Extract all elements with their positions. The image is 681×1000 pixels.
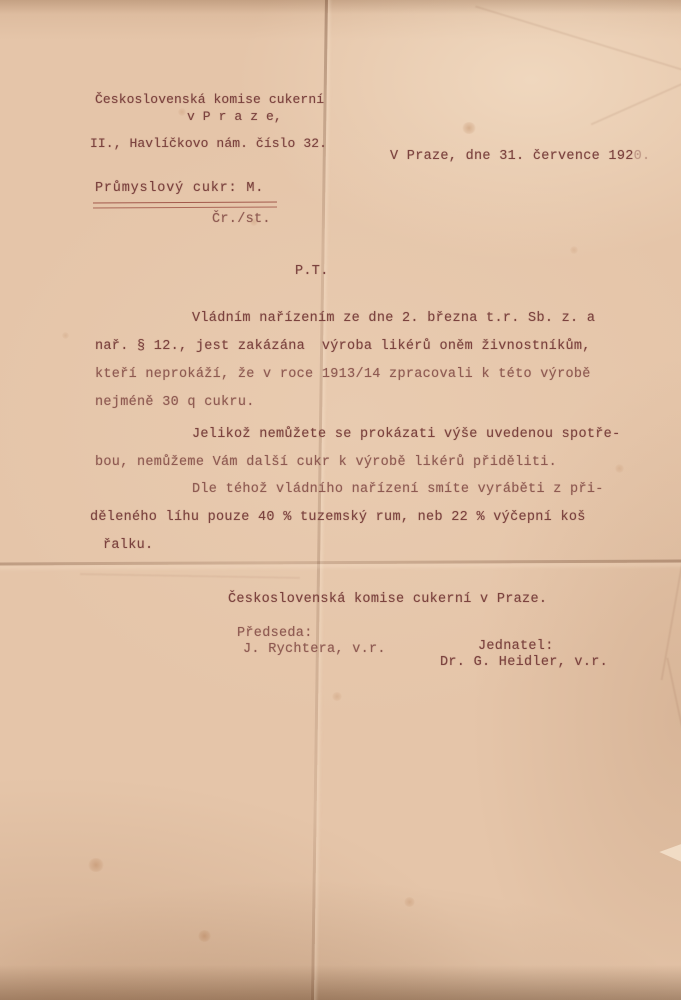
paper-tear: [656, 843, 681, 863]
signature-name-left: J. Rychtera, v.r.: [243, 643, 386, 657]
paper-wrinkle: [661, 562, 681, 681]
subject-underline: [93, 202, 277, 209]
paper-stain: [404, 897, 415, 907]
date-faded-year: 0.: [634, 149, 651, 164]
closing-org-line: Československá komise cukerní v Praze.: [228, 593, 547, 607]
paper-stain: [462, 122, 476, 134]
body-line: Vládním nařízením ze dne 2. března t.r. …: [192, 312, 595, 326]
paper-stain: [570, 246, 578, 254]
body-line: Jelikož nemůžete se prokázati výše uvede…: [192, 428, 620, 442]
body-line: děleného líhu pouze 40 % tuzemský rum, n…: [90, 511, 586, 525]
paper-stain: [178, 108, 186, 116]
body-line: bou, nemůžeme Vám další cukr k výrobě li…: [95, 456, 557, 470]
body-line: nař. § 12., jest zakázána výroba likérů …: [95, 340, 591, 354]
salutation: P.T.: [295, 265, 329, 279]
paper-stain: [88, 858, 104, 872]
body-line: Dle téhož vládního nařízení smíte vyrábě…: [192, 483, 604, 497]
body-line: kteří neprokáží, že v roce 1913/14 zprac…: [95, 368, 591, 382]
paper-wrinkle: [80, 573, 300, 579]
sender-address-line: II., Havlíčkovo nám. číslo 32.: [90, 137, 327, 150]
paper-wrinkle: [475, 5, 681, 80]
body-line: nejméně 30 q cukru.: [95, 396, 255, 410]
subject-line: Průmyslový cukr: M.: [95, 182, 264, 196]
paper-stain: [62, 332, 69, 339]
fold-crease-horizontal: [0, 559, 681, 565]
paper-stain: [198, 930, 211, 942]
paper-stain: [332, 692, 342, 701]
date-line: V Praze, dne 31. července 1920.: [390, 150, 650, 164]
signature-name-right: Dr. G. Heidler, v.r.: [440, 656, 608, 670]
paper-stain: [615, 464, 624, 473]
letter-document: Československá komise cukerní v P r a z …: [0, 0, 681, 1000]
signature-title-left: Předseda:: [237, 627, 313, 641]
paper-edge-shadow: [0, 0, 681, 14]
paper-wrinkle: [666, 658, 681, 825]
body-line: řalku.: [103, 539, 153, 553]
sender-city-line: v P r a z e,: [187, 110, 282, 123]
reference-line: Čr./st.: [212, 213, 271, 227]
sender-org-line: Československá komise cukerní: [95, 93, 324, 106]
signature-title-right: Jednatel:: [478, 640, 554, 654]
date-text: V Praze, dne 31. července 192: [390, 149, 634, 164]
paper-wrinkle: [591, 67, 681, 126]
